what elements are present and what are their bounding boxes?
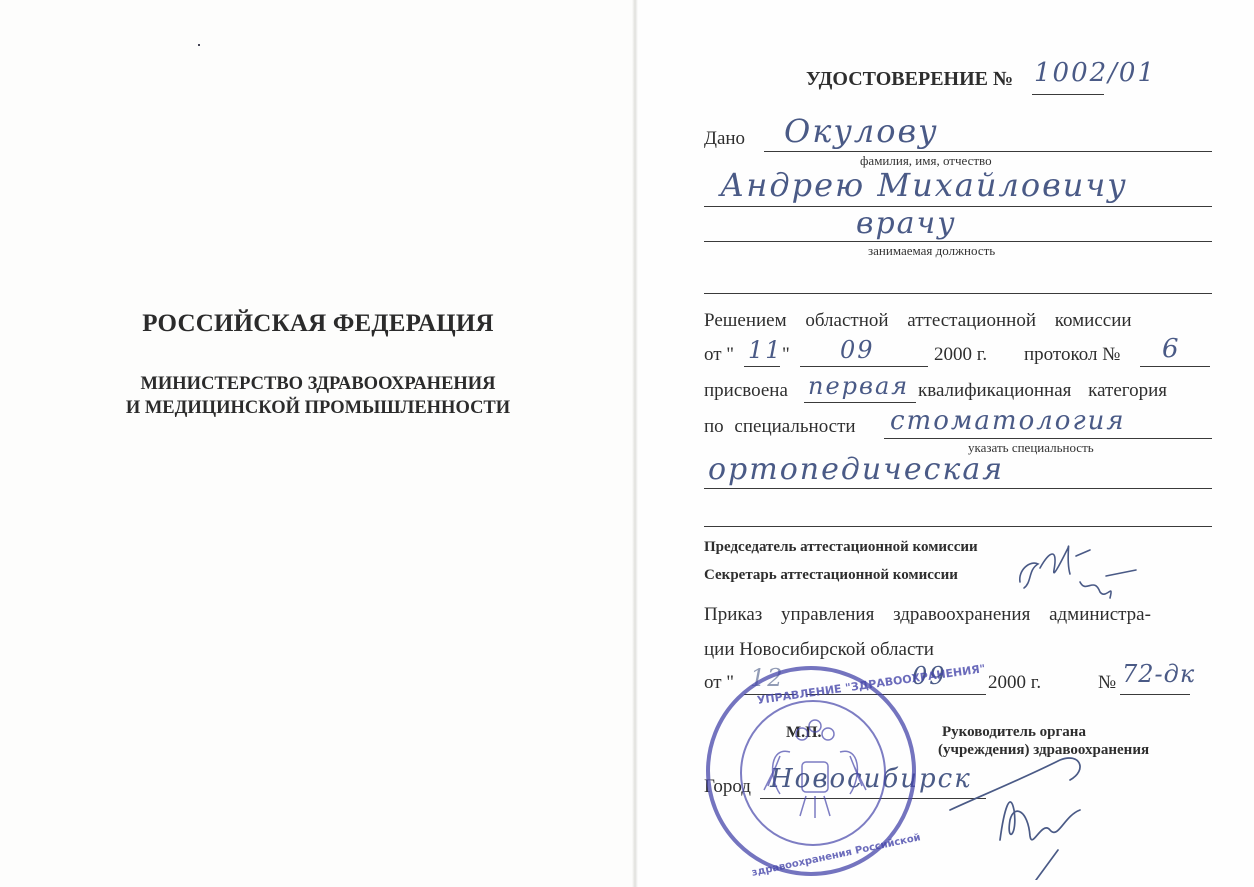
decision-from-label: от " bbox=[704, 344, 734, 366]
chairman-signature bbox=[1010, 530, 1160, 610]
category-value: первая bbox=[808, 372, 909, 400]
surname-value: Окулову bbox=[784, 112, 939, 150]
left-page: РОССИЙСКАЯ ФЕДЕРАЦИЯ МИНИСТЕРСТВО ЗДРАВО… bbox=[0, 0, 636, 887]
ministry-line-2: И МЕДИЦИНСКОЙ ПРОМЫШЛЕННОСТИ bbox=[0, 396, 636, 420]
category-suffix: квалификационная категория bbox=[918, 380, 1167, 402]
protocol-line bbox=[1140, 366, 1210, 367]
specialty-label: по специальности bbox=[704, 416, 856, 438]
country-title: РОССИЙСКАЯ ФЕДЕРАЦИЯ bbox=[0, 310, 636, 338]
order-from-label: от " bbox=[704, 672, 734, 694]
eagle-emblem-icon bbox=[750, 706, 880, 836]
blank-line-1 bbox=[704, 293, 1212, 294]
decision-month: 09 bbox=[840, 336, 875, 364]
decision-month-line bbox=[800, 366, 928, 367]
ministry-title: МИНИСТЕРСТВО ЗДРАВООХРАНЕНИЯ И МЕДИЦИНСК… bbox=[0, 372, 636, 420]
blank-line-2 bbox=[704, 526, 1212, 527]
specialty-line bbox=[884, 438, 1212, 439]
number-underline bbox=[1032, 94, 1104, 95]
decision-day: 11 bbox=[748, 336, 783, 364]
specialty-cont-line bbox=[704, 488, 1212, 489]
category-line bbox=[804, 402, 916, 403]
head-label-line-1: Руководитель органа bbox=[942, 724, 1086, 741]
position-line bbox=[704, 241, 1212, 242]
order-number-line bbox=[1120, 694, 1190, 695]
ministry-line-1: МИНИСТЕРСТВО ЗДРАВООХРАНЕНИЯ bbox=[0, 372, 636, 396]
first-patronymic-value: Андрею Михайловичу bbox=[720, 166, 1128, 204]
decision-text: Решением областной аттестационной комисс… bbox=[704, 310, 1132, 332]
specialty-value: стоматология bbox=[890, 406, 1126, 436]
decision-year: 2000 г. bbox=[934, 344, 987, 366]
decision-quote-close: " bbox=[782, 344, 790, 366]
protocol-label: протокол № bbox=[1024, 344, 1120, 366]
official-stamp: УПРАВЛЕНИЕ "ЗДРАВООХРАНЕНИЯ" здравоохран… bbox=[706, 666, 916, 876]
protocol-number: 6 bbox=[1162, 334, 1181, 364]
certificate-number: 1002/01 bbox=[1034, 58, 1156, 88]
decision-day-line bbox=[744, 366, 780, 367]
certificate-heading: УДОСТОВЕРЕНИЕ № bbox=[806, 68, 1013, 91]
order-year: 2000 г. bbox=[988, 672, 1041, 694]
secretary-label: Секретарь аттестационной комиссии bbox=[704, 567, 958, 584]
head-signature bbox=[940, 740, 1130, 880]
order-number: 72-дк bbox=[1122, 660, 1195, 688]
center-fold bbox=[632, 0, 638, 887]
surname-line bbox=[764, 151, 1212, 152]
specialty-cont-value: ортопедическая bbox=[708, 452, 1004, 487]
position-value: врачу bbox=[856, 206, 957, 241]
assigned-label: присвоена bbox=[704, 380, 788, 402]
name-line bbox=[704, 206, 1212, 207]
chairman-label: Председатель аттестационной комиссии bbox=[704, 539, 978, 556]
position-caption: занимаемая должность bbox=[868, 243, 995, 259]
order-no-label: № bbox=[1098, 672, 1116, 694]
ink-dot bbox=[198, 44, 200, 46]
order-line-1: Приказ управления здравоохранения админи… bbox=[704, 604, 1151, 626]
order-line-2: ции Новосибирской области bbox=[704, 639, 934, 661]
given-label: Дано bbox=[704, 128, 745, 150]
